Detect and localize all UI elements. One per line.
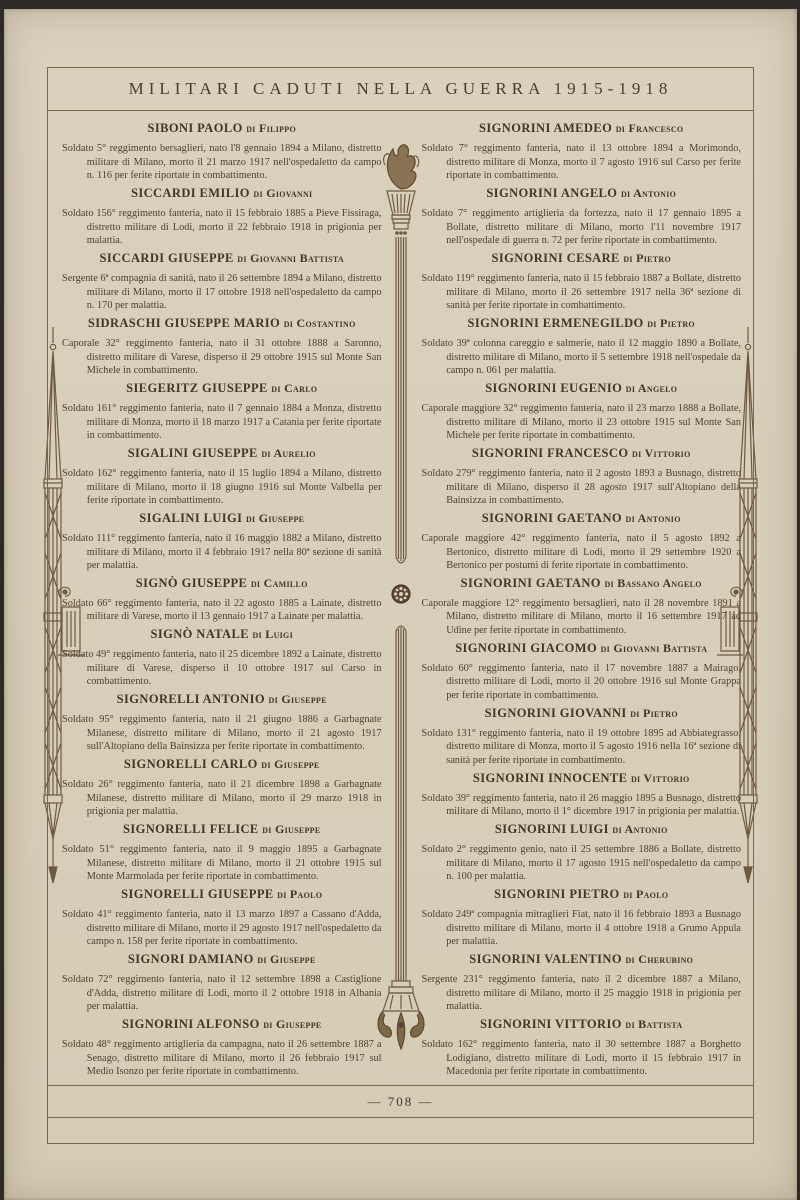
entry-name: SIEGERITZ GIUSEPPE xyxy=(126,381,268,395)
entry-patronymic: di Giuseppe xyxy=(261,757,319,771)
entry-description: Soldato 7° reggimento artiglieria da for… xyxy=(422,207,742,248)
entry-heading: SIGNORINI FRANCESCO di Vittorio xyxy=(422,446,742,461)
entry-description: Soldato 162° reggimento fanteria, nato i… xyxy=(422,1038,742,1079)
entry-description: Soldato 162° reggimento fanteria, nato i… xyxy=(62,467,382,508)
entry-name: SIGNORINI FRANCESCO xyxy=(472,446,629,460)
entry-name: SIGNORINI ERMENEGILDO xyxy=(468,316,644,330)
entry-patronymic: di Paolo xyxy=(277,887,322,901)
entry-heading: SIGNORINI EUGENIO di Angelo xyxy=(422,381,742,396)
entry-heading: SIGNORI DAMIANO di Giuseppe xyxy=(62,952,382,967)
entry-patronymic: di Vittorio xyxy=(631,771,690,785)
entry-patronymic: di Francesco xyxy=(616,121,684,135)
entry-patronymic: di Aurelio xyxy=(261,446,315,460)
entry-name: SIGNORINI GAETANO xyxy=(461,576,601,590)
casualty-entry: SIEGERITZ GIUSEPPE di Carlo Soldato 161°… xyxy=(62,381,382,443)
column-right: SIGNORINI AMEDEO di Francesco Soldato 7°… xyxy=(422,121,742,1079)
casualty-entry: SIGNORELLI ANTONIO di Giuseppe Soldato 9… xyxy=(62,692,382,754)
entry-name: SIGNORINI VALENTINO xyxy=(469,952,622,966)
entry-description: Soldato 39° reggimento fanteria, nato il… xyxy=(422,792,742,819)
casualty-entry: SICCARDI EMILIO di Giovanni Soldato 156°… xyxy=(62,186,382,248)
entry-description: Soldato 5° reggimento bersaglieri, nato … xyxy=(62,142,382,183)
entry-name: SIGALINI GIUSEPPE xyxy=(128,446,258,460)
entry-name: SIGNORINI PIETRO xyxy=(494,887,620,901)
frame-bottom-margin xyxy=(48,1118,753,1143)
column-gutter xyxy=(382,121,422,1079)
entry-name: SIGNORELLI CARLO xyxy=(124,757,258,771)
entry-description: Soldato 131° reggimento fanteria, nato i… xyxy=(422,727,742,768)
entry-patronymic: di Giovanni Battista xyxy=(237,251,344,265)
entry-name: SIGNÒ GIUSEPPE xyxy=(136,576,248,590)
casualty-entry: SIGNORINI AMEDEO di Francesco Soldato 7°… xyxy=(422,121,742,183)
casualty-entry: SIGNORINI ANGELO di Antonio Soldato 7° r… xyxy=(422,186,742,248)
entry-patronymic: di Giovanni Battista xyxy=(601,641,708,655)
casualty-entry: SIGNORINI EUGENIO di Angelo Caporale mag… xyxy=(422,381,742,443)
entry-heading: SIGALINI GIUSEPPE di Aurelio xyxy=(62,446,382,461)
casualty-entry: SIGNORINI ALFONSO di Giuseppe Soldato 48… xyxy=(62,1017,382,1079)
casualty-entry: SIGNORI DAMIANO di Giuseppe Soldato 72° … xyxy=(62,952,382,1014)
entry-name: SIDRASCHI GIUSEPPE MARIO xyxy=(88,316,280,330)
entry-heading: SIGNÒ NATALE di Luigi xyxy=(62,627,382,642)
entry-patronymic: di Battista xyxy=(625,1017,682,1031)
entry-description: Soldato 26° reggimento fanteria, nato il… xyxy=(62,778,382,819)
entry-heading: SIGNORINI PIETRO di Paolo xyxy=(422,887,742,902)
entry-description: Soldato 72° reggimento fanteria, nato il… xyxy=(62,973,382,1014)
entry-name: SIGNÒ NATALE xyxy=(150,627,248,641)
entry-patronymic: di Filippo xyxy=(246,121,296,135)
entry-name: SIGNORINI INNOCENTE xyxy=(473,771,628,785)
casualty-entry: SIGNORINI GIACOMO di Giovanni Battista S… xyxy=(422,641,742,703)
entry-description: Soldato 49° reggimento fanteria, nato il… xyxy=(62,648,382,689)
casualty-entry: SIGNORELLI GIUSEPPE di Paolo Soldato 41°… xyxy=(62,887,382,949)
casualty-entry: SIGNORINI VITTORIO di Battista Soldato 1… xyxy=(422,1017,742,1079)
entry-heading: SIGNÒ GIUSEPPE di Camillo xyxy=(62,576,382,591)
entry-description: Soldato 66° reggimento fanteria, nato il… xyxy=(62,597,382,624)
entry-heading: SIGNORINI GIOVANNI di Pietro xyxy=(422,706,742,721)
entry-description: Soldato 41° reggimento fanteria, nato il… xyxy=(62,908,382,949)
entry-patronymic: di Antonio xyxy=(626,511,681,525)
backdrop-arc xyxy=(600,0,800,7)
casualty-entry: SIGNORINI INNOCENTE di Vittorio Soldato … xyxy=(422,771,742,819)
entry-patronymic: di Angelo xyxy=(626,381,678,395)
content-area: SIBONI PAOLO di Filippo Soldato 5° reggi… xyxy=(48,111,753,1085)
entry-name: SIGNORINI ANGELO xyxy=(486,186,617,200)
page-title: MILITARI CADUTI NELLA GUERRA 1915-1918 xyxy=(129,79,673,99)
entry-heading: SIGNORINI LUIGI di Antonio xyxy=(422,822,742,837)
casualty-entry: SIGNORINI LUIGI di Antonio Soldato 2° re… xyxy=(422,822,742,884)
entry-name: SIGNORINI GIACOMO xyxy=(455,641,597,655)
entry-name: SICCARDI EMILIO xyxy=(131,186,250,200)
entry-heading: SICCARDI EMILIO di Giovanni xyxy=(62,186,382,201)
column-left: SIBONI PAOLO di Filippo Soldato 5° reggi… xyxy=(62,121,382,1079)
casualty-entry: SIGNORELLI FELICE di Giuseppe Soldato 51… xyxy=(62,822,382,884)
entry-patronymic: di Camillo xyxy=(251,576,308,590)
entry-heading: SIGNORINI GAETANO di Bassano Angelo xyxy=(422,576,742,591)
entry-patronymic: di Pietro xyxy=(630,706,678,720)
entry-name: SIGALINI LUIGI xyxy=(139,511,242,525)
entry-patronymic: di Pietro xyxy=(647,316,695,330)
casualty-entry: SIDRASCHI GIUSEPPE MARIO di Costantino C… xyxy=(62,316,382,378)
page-footer: — 708 — xyxy=(48,1085,753,1118)
page-number: — 708 — xyxy=(368,1094,434,1109)
entry-name: SIGNORINI AMEDEO xyxy=(479,121,612,135)
entry-name: SIGNORINI CESARE xyxy=(491,251,619,265)
casualty-entry: SIGNORINI FRANCESCO di Vittorio Soldato … xyxy=(422,446,742,508)
entry-description: Soldato 161° reggimento fanteria, nato i… xyxy=(62,402,382,443)
entry-heading: SIEGERITZ GIUSEPPE di Carlo xyxy=(62,381,382,396)
entry-description: Soldato 2° reggimento genio, nato il 25 … xyxy=(422,843,742,884)
entry-description: Soldato 111° reggimento fanteria, nato i… xyxy=(62,532,382,573)
entry-name: SICCARDI GIUSEPPE xyxy=(100,251,234,265)
page-frame: MILITARI CADUTI NELLA GUERRA 1915-1918 S… xyxy=(47,67,754,1144)
casualty-entry: SIGALINI LUIGI di Giuseppe Soldato 111° … xyxy=(62,511,382,573)
entry-heading: SIGNORELLI CARLO di Giuseppe xyxy=(62,757,382,772)
entry-heading: SIGNORELLI ANTONIO di Giuseppe xyxy=(62,692,382,707)
entry-name: SIGNORINI ALFONSO xyxy=(122,1017,260,1031)
entry-name: SIGNORINI EUGENIO xyxy=(485,381,622,395)
entry-heading: SIGNORINI VALENTINO di Cherubino xyxy=(422,952,742,967)
entry-patronymic: di Pietro xyxy=(623,251,671,265)
casualty-entry: SICCARDI GIUSEPPE di Giovanni Battista S… xyxy=(62,251,382,313)
casualty-entry: SIBONI PAOLO di Filippo Soldato 5° reggi… xyxy=(62,121,382,183)
entry-name: SIGNORELLI FELICE xyxy=(123,822,259,836)
entry-description: Caporale maggiore 12° reggimento bersagl… xyxy=(422,597,742,638)
entry-description: Soldato 119° reggimento fanteria, nato i… xyxy=(422,272,742,313)
entry-heading: SIGALINI LUIGI di Giuseppe xyxy=(62,511,382,526)
entry-patronymic: di Giuseppe xyxy=(262,822,320,836)
entry-description: Soldato 7° reggimento fanteria, nato il … xyxy=(422,142,742,183)
entry-description: Soldato 95° reggimento fanteria, nato il… xyxy=(62,713,382,754)
casualty-entry: SIGNÒ NATALE di Luigi Soldato 49° reggim… xyxy=(62,627,382,689)
entry-patronymic: di Antonio xyxy=(612,822,667,836)
casualty-entry: SIGNORINI GIOVANNI di Pietro Soldato 131… xyxy=(422,706,742,768)
entry-description: Soldato 249ª compagnia mitraglieri Fiat,… xyxy=(422,908,742,949)
entry-name: SIGNORINI GIOVANNI xyxy=(485,706,627,720)
entry-name: SIGNORI DAMIANO xyxy=(128,952,254,966)
casualty-entry: SIGNORINI GAETANO di Antonio Caporale ma… xyxy=(422,511,742,573)
entry-patronymic: di Giuseppe xyxy=(263,1017,321,1031)
entry-heading: SIGNORINI GIACOMO di Giovanni Battista xyxy=(422,641,742,656)
backdrop-arc xyxy=(70,0,330,9)
casualty-entry: SIGNORINI CESARE di Pietro Soldato 119° … xyxy=(422,251,742,313)
entry-patronymic: di Costantino xyxy=(284,316,356,330)
entry-patronymic: di Antonio xyxy=(621,186,676,200)
casualty-entry: SIGNORINI PIETRO di Paolo Soldato 249ª c… xyxy=(422,887,742,949)
book-page: MILITARI CADUTI NELLA GUERRA 1915-1918 S… xyxy=(4,9,797,1200)
entry-heading: SIGNORINI INNOCENTE di Vittorio xyxy=(422,771,742,786)
entry-description: Soldato 60° reggimento fanteria, nato il… xyxy=(422,662,742,703)
entry-heading: SIGNORINI ERMENEGILDO di Pietro xyxy=(422,316,742,331)
entry-name: SIBONI PAOLO xyxy=(147,121,242,135)
entry-name: SIGNORINI LUIGI xyxy=(495,822,609,836)
entry-description: Soldato 51° reggimento fanteria, nato il… xyxy=(62,843,382,884)
casualty-entry: SIGNORINI VALENTINO di Cherubino Sergent… xyxy=(422,952,742,1014)
entry-patronymic: di Cherubino xyxy=(625,952,693,966)
casualty-entry: SIGNÒ GIUSEPPE di Camillo Soldato 66° re… xyxy=(62,576,382,624)
entry-heading: SICCARDI GIUSEPPE di Giovanni Battista xyxy=(62,251,382,266)
entry-heading: SIGNORELLI FELICE di Giuseppe xyxy=(62,822,382,837)
entry-patronymic: di Giuseppe xyxy=(257,952,315,966)
entry-name: SIGNORELLI GIUSEPPE xyxy=(121,887,273,901)
entry-patronymic: di Vittorio xyxy=(632,446,691,460)
title-band: MILITARI CADUTI NELLA GUERRA 1915-1918 xyxy=(48,68,753,111)
entry-patronymic: di Bassano Angelo xyxy=(604,576,701,590)
entry-patronymic: di Paolo xyxy=(623,887,668,901)
entry-heading: SIGNORELLI GIUSEPPE di Paolo xyxy=(62,887,382,902)
entry-patronymic: di Giuseppe xyxy=(246,511,304,525)
entry-description: Soldato 39ª colonna careggio e salmerie,… xyxy=(422,337,742,378)
entry-description: Soldato 279° reggimento fanteria, nato i… xyxy=(422,467,742,508)
entry-heading: SIGNORINI ANGELO di Antonio xyxy=(422,186,742,201)
entry-patronymic: di Giuseppe xyxy=(269,692,327,706)
entry-heading: SIGNORINI GAETANO di Antonio xyxy=(422,511,742,526)
entry-name: SIGNORINI GAETANO xyxy=(482,511,622,525)
entry-description: Sergente 6ª compagnia di sanità, nato il… xyxy=(62,272,382,313)
entry-name: SIGNORELLI ANTONIO xyxy=(117,692,265,706)
entry-patronymic: di Luigi xyxy=(252,627,293,641)
entry-description: Sergente 231° reggimento fanteria, nato … xyxy=(422,973,742,1014)
entry-name: SIGNORINI VITTORIO xyxy=(480,1017,622,1031)
casualty-entry: SIGALINI GIUSEPPE di Aurelio Soldato 162… xyxy=(62,446,382,508)
entry-heading: SIGNORINI VITTORIO di Battista xyxy=(422,1017,742,1032)
casualty-entry: SIGNORINI ERMENEGILDO di Pietro Soldato … xyxy=(422,316,742,378)
entry-description: Caporale maggiore 42° reggimento fanteri… xyxy=(422,532,742,573)
entry-description: Soldato 156° reggimento fanteria, nato i… xyxy=(62,207,382,248)
entry-patronymic: di Giovanni xyxy=(253,186,312,200)
entry-description: Caporale maggiore 32° reggimento fanteri… xyxy=(422,402,742,443)
entry-heading: SIBONI PAOLO di Filippo xyxy=(62,121,382,136)
casualty-entry: SIGNORINI GAETANO di Bassano Angelo Capo… xyxy=(422,576,742,638)
entry-heading: SIGNORINI CESARE di Pietro xyxy=(422,251,742,266)
casualty-entry: SIGNORELLI CARLO di Giuseppe Soldato 26°… xyxy=(62,757,382,819)
entry-description: Soldato 48° reggimento artiglieria da ca… xyxy=(62,1038,382,1079)
entry-heading: SIGNORINI ALFONSO di Giuseppe xyxy=(62,1017,382,1032)
entry-patronymic: di Carlo xyxy=(271,381,317,395)
entry-heading: SIGNORINI AMEDEO di Francesco xyxy=(422,121,742,136)
entry-heading: SIDRASCHI GIUSEPPE MARIO di Costantino xyxy=(62,316,382,331)
entry-description: Caporale 32° reggimento fanteria, nato i… xyxy=(62,337,382,378)
